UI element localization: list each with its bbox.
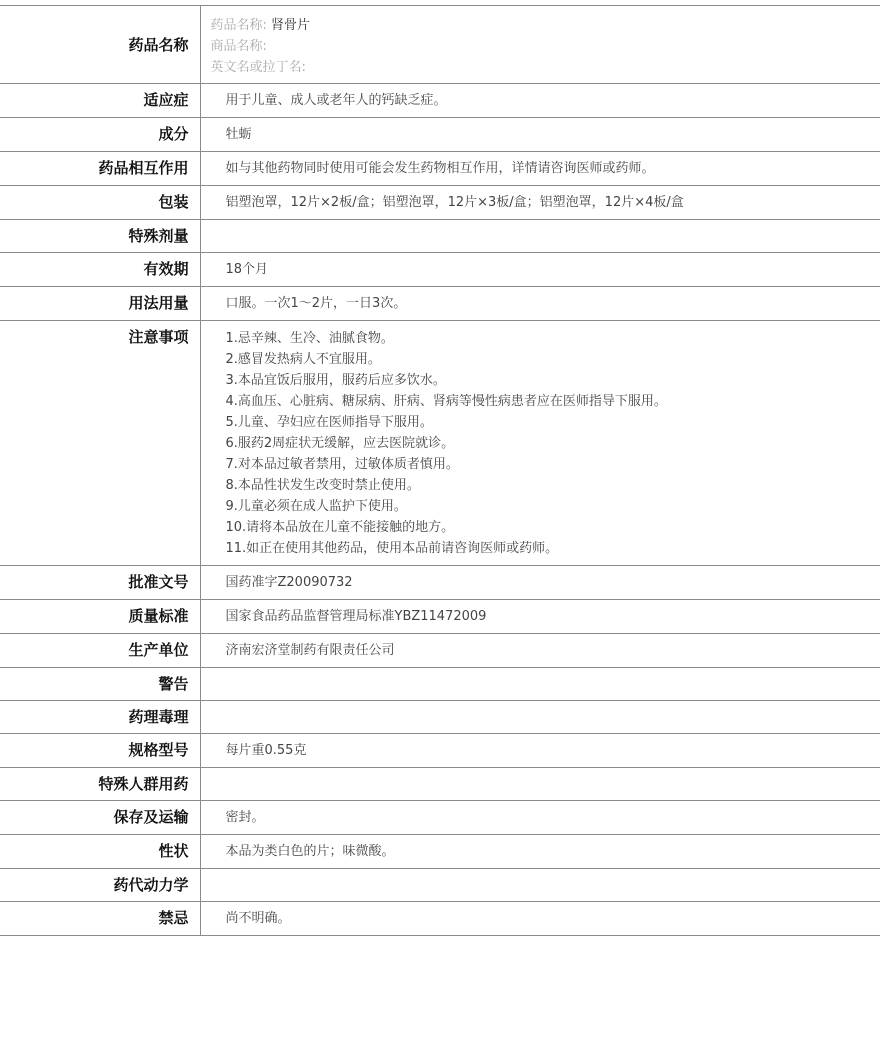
value-contraindications: 尚不明确。	[200, 902, 880, 936]
row-drug-name: 药品名称 药品名称: 肾骨片 商品名称: 英文名或拉丁名:	[0, 6, 880, 84]
value-special-dosage	[200, 220, 880, 253]
label-appearance: 性状	[0, 835, 200, 869]
row-ingredients: 成分 牡蛎	[0, 118, 880, 152]
row-packaging: 包装 铝塑泡罩，12片×2板/盒；铝塑泡罩，12片×3板/盒；铝塑泡罩，12片×…	[0, 186, 880, 220]
row-specification: 规格型号 每片重0.55克	[0, 734, 880, 768]
value-indication: 用于儿童、成人或老年人的钙缺乏症。	[200, 84, 880, 118]
packaging-text: 铝塑泡罩，12片×2板/盒；铝塑泡罩，12片×3板/盒；铝塑泡罩，12片×4板/…	[226, 193, 716, 213]
value-warning	[200, 668, 880, 701]
label-precautions: 注意事项	[0, 321, 200, 566]
precaution-item: 11.如正在使用其他药品，使用本品前请咨询医师或药师。	[226, 538, 880, 559]
value-specification: 每片重0.55克	[200, 734, 880, 768]
label-special-populations: 特殊人群用药	[0, 768, 200, 801]
value-quality-standard: 国家食品药品监督管理局标准YBZ11472009	[200, 600, 880, 634]
precaution-item: 4.高血压、心脏病、糖尿病、肝病、肾病等慢性病患者应在医师指导下服用。	[226, 391, 880, 412]
value-manufacturer: 济南宏济堂制药有限责任公司	[200, 634, 880, 668]
label-quality-standard: 质量标准	[0, 600, 200, 634]
row-special-populations: 特殊人群用药	[0, 768, 880, 801]
label-drug-name: 药品名称	[0, 6, 200, 84]
label-manufacturer: 生产单位	[0, 634, 200, 668]
precaution-item: 5.儿童、孕妇应在医师指导下服用。	[226, 412, 880, 433]
row-expiry: 有效期 18个月	[0, 253, 880, 287]
label-indication: 适应症	[0, 84, 200, 118]
row-indication: 适应症 用于儿童、成人或老年人的钙缺乏症。	[0, 84, 880, 118]
value-appearance: 本品为类白色的片；味微酸。	[200, 835, 880, 869]
label-expiry: 有效期	[0, 253, 200, 287]
precaution-item: 1.忌辛辣、生冷、油腻食物。	[226, 328, 880, 349]
value-pharmacokinetics	[200, 869, 880, 902]
row-contraindications: 禁忌 尚不明确。	[0, 902, 880, 936]
label-dosage: 用法用量	[0, 287, 200, 321]
row-manufacturer: 生产单位 济南宏济堂制药有限责任公司	[0, 634, 880, 668]
value-interactions: 如与其他药物同时使用可能会发生药物相互作用，详情请咨询医师或药师。	[200, 152, 880, 186]
value-approval-number: 国药准字Z20090732	[200, 566, 880, 600]
precaution-item: 6.服药2周症状无缓解，应去医院就诊。	[226, 433, 880, 454]
value-precautions: 1.忌辛辣、生冷、油腻食物。 2.感冒发热病人不宜服用。 3.本品宜饭后服用，服…	[200, 321, 880, 566]
row-pharmacokinetics: 药代动力学	[0, 869, 880, 902]
row-quality-standard: 质量标准 国家食品药品监督管理局标准YBZ11472009	[0, 600, 880, 634]
row-interactions: 药品相互作用 如与其他药物同时使用可能会发生药物相互作用，详情请咨询医师或药师。	[0, 152, 880, 186]
value-storage: 密封。	[200, 801, 880, 835]
precaution-item: 10.请将本品放在儿童不能接触的地方。	[226, 517, 880, 538]
label-approval-number: 批准文号	[0, 566, 200, 600]
label-special-dosage: 特殊剂量	[0, 220, 200, 253]
label-warning: 警告	[0, 668, 200, 701]
value-packaging: 铝塑泡罩，12片×2板/盒；铝塑泡罩，12片×3板/盒；铝塑泡罩，12片×4板/…	[200, 186, 880, 220]
label-pharmacology: 药理毒理	[0, 701, 200, 734]
value-drug-name: 药品名称: 肾骨片 商品名称: 英文名或拉丁名:	[200, 6, 880, 84]
generic-name-value: 肾骨片	[271, 18, 310, 33]
row-precautions: 注意事项 1.忌辛辣、生冷、油腻食物。 2.感冒发热病人不宜服用。 3.本品宜饭…	[0, 321, 880, 566]
precaution-item: 7.对本品过敏者禁用，过敏体质者慎用。	[226, 454, 880, 475]
value-special-populations	[200, 768, 880, 801]
trade-name-key: 商品名称:	[211, 39, 267, 54]
precaution-item: 8.本品性状发生改变时禁止使用。	[226, 475, 880, 496]
label-packaging: 包装	[0, 186, 200, 220]
precaution-item: 2.感冒发热病人不宜服用。	[226, 349, 880, 370]
row-dosage: 用法用量 口服。一次1～2片，一日3次。	[0, 287, 880, 321]
row-approval-number: 批准文号 国药准字Z20090732	[0, 566, 880, 600]
row-warning: 警告	[0, 668, 880, 701]
value-pharmacology	[200, 701, 880, 734]
value-ingredients: 牡蛎	[200, 118, 880, 152]
latin-name-key: 英文名或拉丁名:	[211, 60, 306, 75]
row-appearance: 性状 本品为类白色的片；味微酸。	[0, 835, 880, 869]
label-storage: 保存及运输	[0, 801, 200, 835]
label-ingredients: 成分	[0, 118, 200, 152]
label-contraindications: 禁忌	[0, 902, 200, 936]
row-storage: 保存及运输 密封。	[0, 801, 880, 835]
row-special-dosage: 特殊剂量	[0, 220, 880, 253]
drug-spec-table: 药品名称 药品名称: 肾骨片 商品名称: 英文名或拉丁名: 适应症 用于儿童、成…	[0, 5, 880, 936]
precaution-item: 9.儿童必须在成人监护下使用。	[226, 496, 880, 517]
row-pharmacology: 药理毒理	[0, 701, 880, 734]
precaution-item: 3.本品宜饭后服用，服药后应多饮水。	[226, 370, 880, 391]
label-specification: 规格型号	[0, 734, 200, 768]
generic-name-key: 药品名称:	[211, 18, 267, 33]
value-expiry: 18个月	[200, 253, 880, 287]
value-dosage: 口服。一次1～2片，一日3次。	[200, 287, 880, 321]
label-pharmacokinetics: 药代动力学	[0, 869, 200, 902]
label-interactions: 药品相互作用	[0, 152, 200, 186]
